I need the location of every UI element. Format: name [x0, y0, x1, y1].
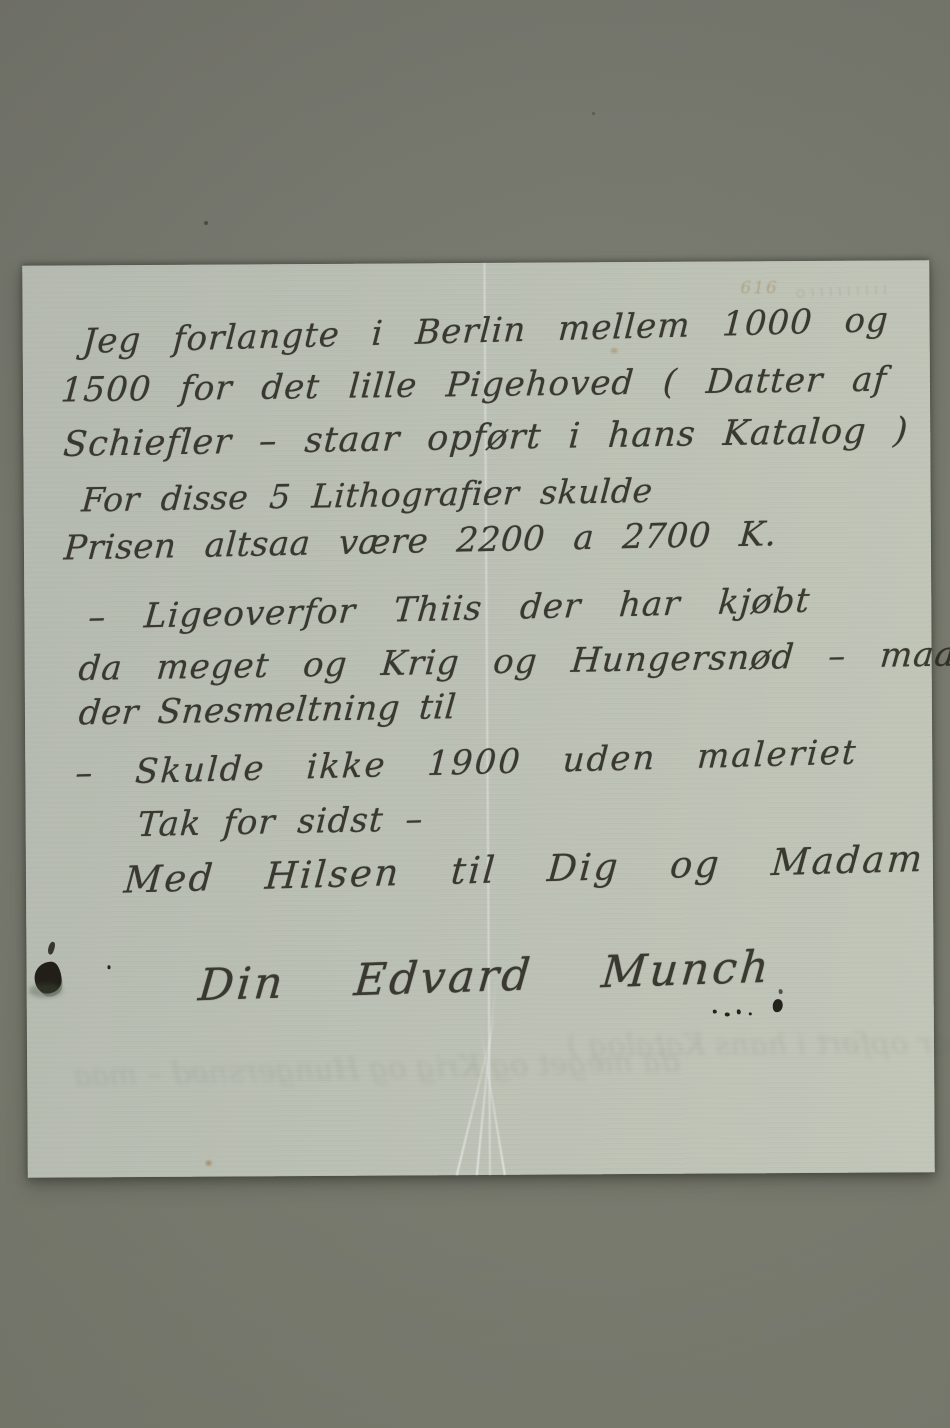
photograph-backdrop: 616 da meget og Krig og Hungersnød – maa… [0, 0, 950, 1428]
ink-speck [713, 1010, 717, 1014]
ink-speck [779, 989, 783, 994]
ink-speck [749, 1012, 752, 1015]
ink-blot-right [773, 999, 783, 1012]
ink-speck [737, 1009, 741, 1014]
ink-smear [29, 984, 63, 998]
letter-line-8: der Snesmeltning til [77, 687, 458, 733]
letter-line-5: Prisen altsaa være 2200 a 2700 K. [63, 514, 778, 568]
letter-line-3: Schiefler – staar opført i hans Katalog … [62, 411, 910, 465]
ink-speck [725, 1012, 730, 1016]
paper-stain [206, 1161, 212, 1166]
paper-stain [611, 348, 618, 353]
dust-speck [592, 112, 595, 115]
bleedthrough-ghost: Schiefler – staar opført i hans Katalog … [567, 1025, 950, 1064]
pencil-scribble [794, 285, 890, 298]
letter-line-2: 1500 for det lille Pigehoved ( Datter af [60, 360, 889, 411]
dust-speck [204, 221, 208, 225]
letter-line-11: Med Hilsen til Dig og Madam [122, 837, 926, 902]
ink-blot-speck [47, 941, 57, 955]
signature: Din Edvard Munch [196, 942, 773, 1012]
letter-line-9: – Skulde ikke 1900 uden maleriet [74, 732, 859, 793]
letter-line-6: – Ligeoverfor Thiis der har kjøbt [87, 581, 812, 638]
letter-paper: 616 da meget og Krig og Hungersnød – maa… [22, 260, 935, 1178]
pencil-annotation: 616 [740, 278, 779, 298]
letter-line-4: For disse 5 Lithografier skulde [80, 471, 654, 520]
letter-line-7: da meget og Krig og Hungersnød – maa [77, 634, 950, 689]
letter-line-10: Tak for sidst – [136, 799, 424, 845]
ink-speck [107, 965, 110, 969]
